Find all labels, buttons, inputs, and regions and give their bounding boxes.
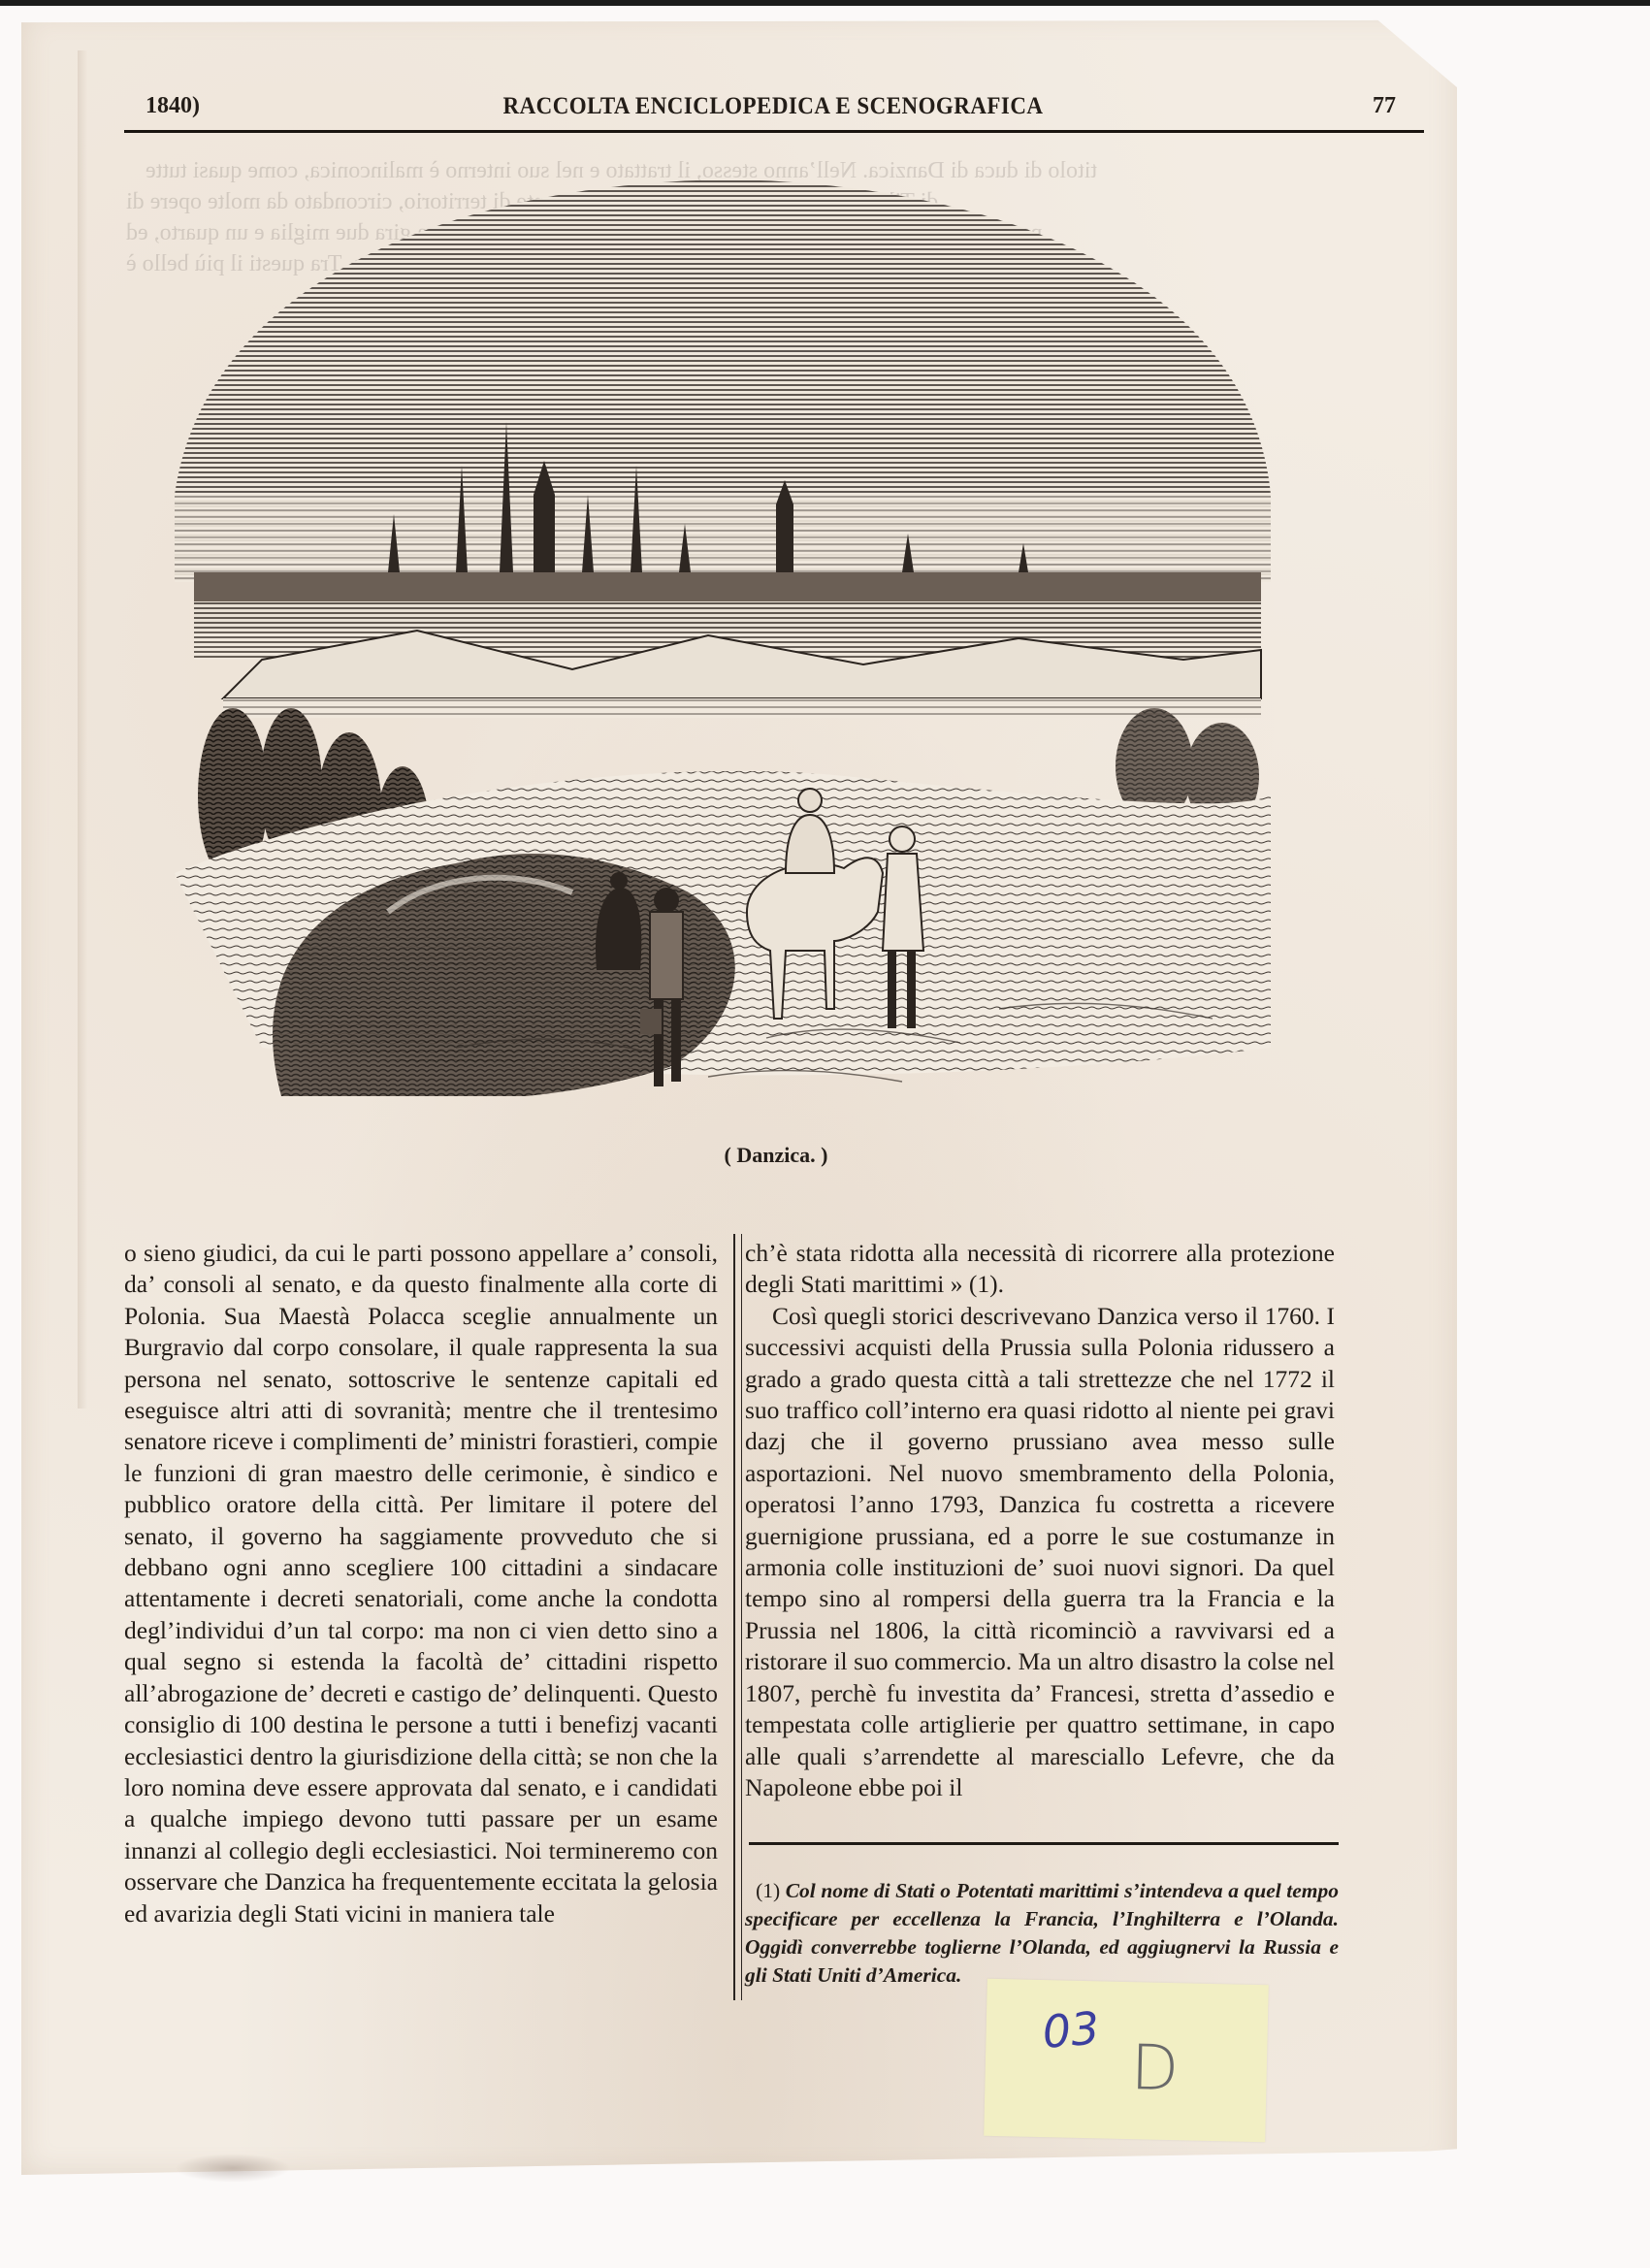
- running-head: 1840) RACCOLTA ENCICLOPEDICA E SCENOGRAF…: [123, 93, 1423, 124]
- text-column-right: ch’è stata ridotta alla necessità di ric…: [745, 1238, 1335, 1803]
- running-head-title: RACCOLTA ENCICLOPEDICA E SCENOGRAFICA: [176, 93, 1372, 120]
- header-rule: [124, 130, 1424, 133]
- sticky-note-code: 03: [1041, 2001, 1102, 2058]
- footnote-text: Col nome di Stati o Potentati marittimi …: [745, 1879, 1339, 1987]
- footnote-rule: [749, 1842, 1339, 1845]
- footnote-marker: (1): [756, 1879, 780, 1902]
- danzica-view-icon: [165, 175, 1280, 1096]
- paragraph: ch’è stata ridotta alla necessità di ric…: [745, 1238, 1335, 1301]
- page-fold-shadow: [78, 50, 87, 1409]
- paragraph: o sieno giudici, da cui le parti possono…: [124, 1238, 718, 1929]
- column-divider: [733, 1234, 742, 2000]
- footnote: (1) Col nome di Stati o Potentati maritt…: [745, 1877, 1339, 1990]
- sticky-note-label: 03 D: [984, 1979, 1269, 2143]
- text-column-left: o sieno giudici, da cui le parti possono…: [124, 1238, 718, 1929]
- paragraph: Così quegli storici descrivevano Danzica…: [745, 1301, 1335, 1804]
- page-number: 77: [1373, 93, 1396, 119]
- paper-stain: [175, 2154, 291, 2183]
- engraving-illustration: [165, 175, 1280, 1096]
- sticky-note-letter: D: [1130, 2032, 1180, 2105]
- scanner-edge: [0, 0, 1650, 6]
- illustration-caption: ( Danzica. ): [582, 1143, 970, 1168]
